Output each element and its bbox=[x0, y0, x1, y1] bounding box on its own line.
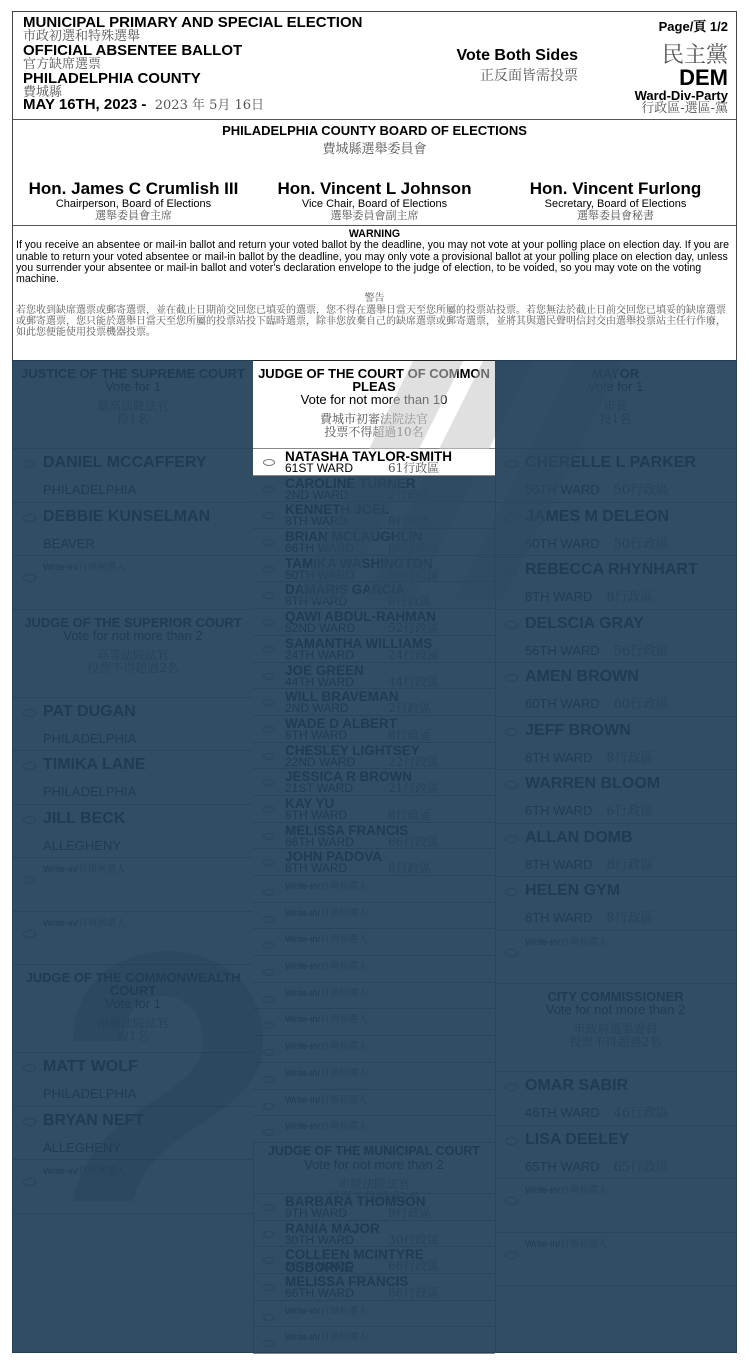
write-in-label: Write-in/自填候選人 bbox=[285, 985, 368, 999]
official-name: Hon. Vincent L Johnson bbox=[254, 180, 495, 198]
candidate-row[interactable]: BRYAN NEFT ALLEGHENY bbox=[13, 1107, 253, 1161]
candidate-location: 44TH WARD44行政區 bbox=[285, 676, 354, 688]
write-in-label: Write-in/自填候選人 bbox=[285, 905, 368, 919]
candidate-row[interactable]: CHESLEY LIGHTSEY 22ND WARD22行政區 bbox=[253, 743, 495, 770]
candidate-location: 65TH WARD65行政區 bbox=[525, 1160, 669, 1175]
vote-oval[interactable] bbox=[23, 930, 36, 938]
vote-oval[interactable] bbox=[263, 459, 275, 466]
candidate-name: BRYAN NEFT bbox=[43, 1112, 144, 1130]
write-in-label: Write-in/自填候選人 bbox=[43, 861, 126, 875]
vote-oval[interactable] bbox=[23, 709, 36, 717]
candidate-location-zh: 66行政區 bbox=[388, 1287, 439, 1299]
ward-div-party-label-zh: 行政區-選區-黨 bbox=[635, 102, 728, 115]
write-in-label: Write-in/自填候選人 bbox=[43, 915, 126, 929]
official: Hon. Vincent L Johnson Vice Chair, Board… bbox=[254, 180, 495, 222]
vote-oval[interactable] bbox=[263, 699, 275, 706]
write-in-row[interactable]: Write-in/自填候選人 bbox=[13, 912, 253, 966]
write-in-label: Write-in/自填候選人 bbox=[285, 931, 368, 945]
race-title-zh: 費城市初審法院法官投票不得超過10名 bbox=[253, 413, 495, 439]
candidate-location-zh: 8行政區 bbox=[606, 911, 653, 926]
candidate-name: DEBBIE KUNSELMAN bbox=[43, 508, 210, 526]
candidate-row[interactable]: AMEN BROWN 60TH WARD60行政區 bbox=[495, 663, 736, 717]
official-role-zh: 選舉委員會秘書 bbox=[495, 210, 736, 222]
write-in-label-zh: 自填候選人 bbox=[320, 988, 368, 999]
vote-both-sides-notice: Vote Both Sides 正反面皆需投票 bbox=[433, 47, 578, 85]
candidate-name: HELEN GYM bbox=[525, 882, 620, 900]
race-vote-for-zh: 投票不得超過2名 bbox=[570, 1035, 662, 1049]
write-in-row[interactable]: Write-in/自填候選人 bbox=[253, 1116, 495, 1143]
race-column-left: JUSTICE OF THE SUPREME COURT Vote for 1 … bbox=[13, 361, 253, 1214]
write-in-label-zh: 自填候選人 bbox=[320, 1041, 368, 1052]
candidate-location-en: 8TH WARD bbox=[525, 589, 592, 604]
write-in-label-zh: 自填候選人 bbox=[560, 1239, 608, 1250]
candidate-location: 2ND WARD2行政區 bbox=[285, 702, 349, 714]
candidate-location: ALLEGHENY bbox=[43, 839, 135, 854]
election-title: MUNICIPAL PRIMARY AND SPECIAL ELECTION bbox=[23, 15, 362, 30]
race-commonwealth-court: JUDGE OF THE COMMONWEALTH COURT Vote for… bbox=[13, 965, 253, 1214]
race-title-zh-text: 市長 bbox=[603, 399, 627, 413]
candidate-location-en: 50TH WARD bbox=[525, 536, 600, 551]
candidate-location: 9TH WARD9行政區 bbox=[285, 1207, 347, 1219]
vote-oval[interactable] bbox=[263, 592, 275, 599]
candidate-location: 46TH WARD46行政區 bbox=[525, 1106, 669, 1121]
candidate-location-en: ALLEGHENY bbox=[43, 838, 121, 853]
vote-oval[interactable] bbox=[23, 762, 36, 770]
race-title-zh-text: 市政府選舉委員 bbox=[573, 1022, 657, 1036]
write-in-row[interactable]: Write-in/自填候選人 bbox=[495, 1179, 736, 1233]
candidate-location-zh: 21行政區 bbox=[388, 782, 439, 794]
candidate-row[interactable]: REBECCA RHYNHART 8TH WARD8行政區 bbox=[495, 556, 736, 610]
vote-oval[interactable] bbox=[505, 1197, 518, 1205]
write-in-label-en: Write-in/ bbox=[43, 1166, 78, 1177]
write-in-label: Write-in/自填候選人 bbox=[285, 958, 368, 972]
write-in-row[interactable]: Write-in/自填候選人 bbox=[253, 956, 495, 983]
vote-oval[interactable] bbox=[505, 1137, 518, 1145]
candidate-row[interactable]: WARREN BLOOM 6TH WARD6行政區 bbox=[495, 770, 736, 824]
candidate-location: 21ST WARD21行政區 bbox=[285, 782, 353, 794]
ballot-races: JUSTICE OF THE SUPREME COURT Vote for 1 … bbox=[13, 360, 736, 1353]
vote-oval[interactable] bbox=[263, 889, 275, 896]
write-in-row[interactable]: Write-in/自填候選人 bbox=[13, 556, 253, 610]
candidate-row[interactable]: TIMIKA LANE PHILADELPHIA bbox=[13, 751, 253, 805]
vote-oval[interactable] bbox=[505, 781, 518, 789]
candidate-location-en: 61ST WARD bbox=[285, 461, 353, 475]
candidate-location-en: 8TH WARD bbox=[285, 594, 347, 608]
vote-both-sides: Vote Both Sides bbox=[433, 47, 578, 65]
candidate-row[interactable]: COLLEEN MCINTYRE OSBORNE 66TH WARD66行政區 bbox=[253, 1247, 495, 1274]
candidate-location-en: 6TH WARD bbox=[525, 803, 592, 818]
official: Hon. Vincent Furlong Secretary, Board of… bbox=[495, 180, 736, 222]
candidate-row[interactable]: JOE GREEN 44TH WARD44行政區 bbox=[253, 663, 495, 690]
candidate-location-en: 9TH WARD bbox=[285, 1206, 347, 1220]
vote-oval[interactable] bbox=[23, 514, 36, 522]
candidate-location-zh: 52行政區 bbox=[388, 622, 439, 634]
race-title-zh: 高等法院法官投票不得超過2名 bbox=[13, 649, 253, 675]
candidate-row[interactable]: OMAR SABIR 46TH WARD46行政區 bbox=[495, 1072, 736, 1126]
party-name-zh: 民主黨 bbox=[635, 45, 728, 67]
write-in-label-zh: 自填候選人 bbox=[78, 918, 126, 929]
candidate-location-zh: 8行政區 bbox=[606, 590, 653, 605]
candidate-row[interactable]: MATT WOLF PHILADELPHIA bbox=[13, 1053, 253, 1107]
vote-oval[interactable] bbox=[263, 833, 275, 840]
candidate-name: WARREN BLOOM bbox=[525, 775, 660, 793]
write-in-row[interactable]: Write-in/自填候選人 bbox=[253, 1090, 495, 1117]
vote-oval[interactable] bbox=[263, 806, 275, 813]
write-in-label-en: Write-in/ bbox=[285, 1068, 320, 1079]
candidate-location-zh: 8行政區 bbox=[388, 729, 432, 741]
write-in-label: Write-in/自填候選人 bbox=[525, 1182, 608, 1196]
candidate-row[interactable]: DANIEL MCCAFFERY PHILADELPHIA bbox=[13, 449, 253, 503]
candidate-location: PHILADELPHIA bbox=[43, 483, 150, 498]
write-in-label-zh: 自填候選人 bbox=[320, 961, 368, 972]
candidate-location-en: 22ND WARD bbox=[285, 755, 355, 769]
candidate-row[interactable]: LISA DEELEY 65TH WARD65行政區 bbox=[495, 1126, 736, 1180]
candidate-row[interactable]: TAMIKA WASHINGTON 50TH WARD50行政區 bbox=[253, 556, 495, 583]
race-title: JUDGE OF THE SUPERIOR COURT bbox=[13, 616, 253, 629]
official-role-zh: 選舉委員會主席 bbox=[13, 210, 254, 222]
race-vote-for: Vote for 1 bbox=[13, 380, 253, 394]
write-in-label-zh: 自填候選人 bbox=[320, 1306, 368, 1317]
vote-oval[interactable] bbox=[505, 949, 518, 957]
write-in-label-en: Write-in/ bbox=[285, 1014, 320, 1025]
write-in-label-en: Write-in/ bbox=[285, 934, 320, 945]
candidate-location-en: 8TH WARD bbox=[525, 750, 592, 765]
candidate-location-zh: 66行政區 bbox=[388, 1260, 439, 1272]
race-header: JUDGE OF THE SUPERIOR COURT Vote for not… bbox=[13, 610, 253, 698]
candidate-location-en: 2ND WARD bbox=[285, 488, 349, 502]
candidate-location: 66TH WARD66行政區 bbox=[285, 542, 354, 554]
candidate-location-zh: 30行政區 bbox=[388, 1234, 439, 1246]
candidate-row[interactable]: WILL BRAVEMAN 2ND WARD2行政區 bbox=[253, 689, 495, 716]
write-in-row[interactable]: Write-in/自填候選人 bbox=[253, 983, 495, 1010]
candidate-name: REBECCA RHYNHART bbox=[525, 561, 698, 579]
vote-oval[interactable] bbox=[263, 726, 275, 733]
candidate-name: MATT WOLF bbox=[43, 1058, 138, 1076]
race-title-zh-text: 最高法院法官 bbox=[97, 399, 169, 413]
candidate-name: JILL BECK bbox=[43, 810, 125, 828]
candidate-location: BEAVER bbox=[43, 537, 109, 552]
vote-oval[interactable] bbox=[23, 876, 36, 884]
vote-oval[interactable] bbox=[505, 888, 518, 896]
race-title: JUDGE OF THE MUNICIPAL COURT bbox=[253, 1145, 495, 1158]
candidate-name: OMAR SABIR bbox=[525, 1077, 628, 1095]
write-in-row[interactable]: Write-in/自填候選人 bbox=[13, 858, 253, 912]
vote-oval[interactable] bbox=[505, 674, 518, 682]
vote-oval[interactable] bbox=[23, 1118, 36, 1126]
candidate-location-en: PHILADELPHIA bbox=[43, 784, 136, 799]
candidate-location: 52ND WARD52行政區 bbox=[285, 622, 355, 634]
candidate-name: JEFF BROWN bbox=[525, 722, 631, 740]
candidate-row[interactable]: PAT DUGAN PHILADELPHIA bbox=[13, 698, 253, 752]
candidate-location: 8TH WARD8行政區 bbox=[525, 590, 654, 605]
candidate-location: 66TH WARD66行政區 bbox=[285, 836, 354, 848]
candidate-location-en: 8TH WARD bbox=[285, 808, 347, 822]
write-in-label: Write-in/自填候選人 bbox=[285, 1329, 368, 1343]
write-in-label-en: Write-in/ bbox=[525, 937, 560, 948]
candidate-row[interactable]: ALLAN DOMB 8TH WARD8行政區 bbox=[495, 824, 736, 878]
candidate-location: 56TH WARD56行政區 bbox=[525, 644, 669, 659]
vote-oval[interactable] bbox=[263, 1314, 275, 1321]
candidate-location-en: PHILADELPHIA bbox=[43, 482, 136, 497]
candidate-row[interactable]: JILL BECK ALLEGHENY bbox=[13, 805, 253, 859]
race-mayor: MAYOR Vote for 1 市長投1名 CHERELLE L PARKER… bbox=[495, 361, 736, 984]
election-date-en: MAY 16TH, 2023 - bbox=[23, 96, 146, 113]
race-vote-for: Vote for not more than 2 bbox=[253, 1158, 495, 1172]
race-vote-for-zh: 投1名 bbox=[117, 1029, 149, 1043]
warning-title-zh: 警告 bbox=[16, 293, 733, 304]
write-in-row[interactable]: Write-in/自填候選人 bbox=[253, 1036, 495, 1063]
vote-oval[interactable] bbox=[505, 621, 518, 629]
candidate-location: 8TH WARD8行政區 bbox=[285, 862, 347, 874]
vote-oval[interactable] bbox=[263, 1340, 275, 1347]
candidate-row[interactable]: DELSCIA GRAY 56TH WARD56行政區 bbox=[495, 610, 736, 664]
candidate-location-en: 8TH WARD bbox=[285, 514, 347, 528]
write-in-label-en: Write-in/ bbox=[285, 961, 320, 972]
candidate-location: 50TH WARD50行政區 bbox=[525, 537, 669, 552]
candidate-location-zh: 50行政區 bbox=[614, 483, 670, 498]
race-vote-for: Vote for not more than 10 bbox=[253, 393, 495, 407]
write-in-row[interactable]: Write-in/自填候選人 bbox=[253, 1327, 495, 1354]
candidate-row[interactable]: DEBBIE KUNSELMAN BEAVER bbox=[13, 503, 253, 557]
vote-oval[interactable] bbox=[263, 1049, 275, 1056]
vote-oval[interactable] bbox=[263, 619, 275, 626]
candidate-location-zh: 56行政區 bbox=[614, 644, 670, 659]
candidate-row[interactable]: RANIA MAJOR 30TH WARD30行政區 bbox=[253, 1221, 495, 1248]
write-in-label-en: Write-in/ bbox=[285, 988, 320, 999]
candidate-location-zh: 8行政區 bbox=[388, 515, 432, 527]
vote-oval[interactable] bbox=[263, 1022, 275, 1029]
candidate-row[interactable]: KENNETH JOEL 8TH WARD8行政區 bbox=[253, 502, 495, 529]
write-in-row[interactable]: Write-in/自填候選人 bbox=[253, 876, 495, 903]
candidate-name: PAT DUGAN bbox=[43, 703, 136, 721]
candidate-location: 8TH WARD8行政區 bbox=[525, 858, 654, 873]
candidate-location: 8TH WARD8行政區 bbox=[285, 515, 347, 527]
vote-oval[interactable] bbox=[505, 835, 518, 843]
candidate-row[interactable]: QAWI ABDUL-RAHMAN 52ND WARD52行政區 bbox=[253, 609, 495, 636]
vote-oval[interactable] bbox=[263, 916, 275, 923]
candidate-name: DANIEL MCCAFFERY bbox=[43, 454, 207, 472]
write-in-label-en: Write-in/ bbox=[285, 881, 320, 892]
candidate-location-en: 8TH WARD bbox=[525, 910, 592, 925]
official: Hon. James C Crumlish III Chairperson, B… bbox=[13, 180, 254, 222]
race-column-right: MAYOR Vote for 1 市長投1名 CHERELLE L PARKER… bbox=[495, 361, 736, 1286]
candidate-location-en: 46TH WARD bbox=[525, 1105, 600, 1120]
vote-oval[interactable] bbox=[263, 859, 275, 866]
candidate-name: ALLAN DOMB bbox=[525, 829, 633, 847]
candidate-row[interactable]: JESSICA R BROWN 21ST WARD21行政區 bbox=[253, 769, 495, 796]
vote-oval[interactable] bbox=[263, 566, 275, 573]
candidate-location: 24TH WARD24行政區 bbox=[285, 649, 354, 661]
official-name: Hon. James C Crumlish III bbox=[13, 180, 254, 198]
candidate-location-zh: 46行政區 bbox=[614, 1106, 670, 1121]
vote-oval[interactable] bbox=[263, 539, 275, 546]
vote-oval[interactable] bbox=[263, 753, 275, 760]
vote-oval[interactable] bbox=[263, 646, 275, 653]
candidate-location-en: 2ND WARD bbox=[285, 701, 349, 715]
write-in-row[interactable]: Write-in/自填候選人 bbox=[253, 929, 495, 956]
ballot-sheet: MUNICIPAL PRIMARY AND SPECIAL ELECTION 市… bbox=[12, 11, 737, 1353]
candidate-location-en: 21ST WARD bbox=[285, 781, 353, 795]
page-number: Page/頁 1/2 bbox=[635, 16, 728, 35]
write-in-row[interactable]: Write-in/自填候選人 bbox=[495, 931, 736, 985]
race-vote-for: Vote for 1 bbox=[13, 997, 253, 1011]
vote-oval[interactable] bbox=[23, 574, 36, 582]
vote-oval[interactable] bbox=[263, 1231, 275, 1238]
candidate-row[interactable]: MELISSA FRANCIS 66TH WARD66行政區 bbox=[253, 1274, 495, 1301]
candidate-row[interactable]: CHERELLE L PARKER 50TH WARD50行政區 bbox=[495, 449, 736, 503]
vote-oval[interactable] bbox=[23, 1064, 36, 1072]
candidate-location-zh: 8行政區 bbox=[388, 809, 432, 821]
candidate-name: CHERELLE L PARKER bbox=[525, 454, 696, 472]
write-in-label-en: Write-in/ bbox=[525, 1185, 560, 1196]
board-title-zh: 費城縣選舉委員會 bbox=[13, 138, 736, 157]
candidate-location: 2ND WARD2行政區 bbox=[285, 489, 349, 501]
vote-oval[interactable] bbox=[263, 512, 275, 519]
race-title-zh-text: 費城市初審法院法官 bbox=[320, 412, 428, 426]
race-vote-for-zh: 投1名 bbox=[600, 412, 632, 426]
candidate-location-zh: 61行政區 bbox=[388, 462, 439, 474]
vote-oval[interactable] bbox=[505, 1251, 518, 1259]
vote-oval[interactable] bbox=[23, 1178, 36, 1186]
race-supreme-court: JUSTICE OF THE SUPREME COURT Vote for 1 … bbox=[13, 361, 253, 610]
write-in-label-zh: 自填候選人 bbox=[78, 562, 126, 573]
warning-section: WARNING If you receive an absentee or ma… bbox=[13, 227, 736, 360]
race-header: CITY COMMISSIONER Vote for not more than… bbox=[495, 984, 736, 1072]
write-in-label: Write-in/自填候選人 bbox=[285, 1011, 368, 1025]
write-in-row[interactable]: Write-in/自填候選人 bbox=[253, 903, 495, 930]
candidate-row[interactable]: WADE D ALBERT 8TH WARD8行政區 bbox=[253, 716, 495, 743]
ballot-header: MUNICIPAL PRIMARY AND SPECIAL ELECTION 市… bbox=[13, 12, 736, 120]
candidate-row[interactable]: JOHN PADOVA 8TH WARD8行政區 bbox=[253, 849, 495, 876]
candidate-location-zh: 6行政區 bbox=[606, 804, 653, 819]
vote-oval[interactable] bbox=[23, 460, 36, 468]
write-in-label-zh: 自填候選人 bbox=[320, 1095, 368, 1106]
vote-oval[interactable] bbox=[263, 942, 275, 949]
candidate-row[interactable]: SAMANTHA WILLIAMS 24TH WARD24行政區 bbox=[253, 636, 495, 663]
warning-text-zh: 若您收到缺席選票或郵寄選票，並在截止日期前交回您已填妥的選票，您不得在選舉日當天… bbox=[16, 305, 733, 338]
write-in-row[interactable]: Write-in/自填候選人 bbox=[253, 1063, 495, 1090]
race-title-zh: 州級法院法官投1名 bbox=[13, 1017, 253, 1043]
race-header: JUSTICE OF THE SUPREME COURT Vote for 1 … bbox=[13, 361, 253, 449]
write-in-label-zh: 自填候選人 bbox=[320, 934, 368, 945]
candidate-location-en: ALLEGHENY bbox=[43, 1140, 121, 1155]
write-in-row[interactable]: Write-in/自填候選人 bbox=[495, 1233, 736, 1287]
candidate-location-en: 8TH WARD bbox=[525, 857, 592, 872]
vote-oval[interactable] bbox=[263, 1129, 275, 1136]
candidate-row[interactable]: JEFF BROWN 8TH WARD8行政區 bbox=[495, 717, 736, 771]
vote-oval[interactable] bbox=[263, 673, 275, 680]
race-court-of-common-pleas: JUDGE OF THE COURT OF COMMON PLEAS Vote … bbox=[253, 361, 495, 1143]
candidate-location: 8TH WARD8行政區 bbox=[525, 911, 654, 926]
candidate-location-en: 60TH WARD bbox=[525, 696, 600, 711]
vote-oval[interactable] bbox=[263, 1257, 275, 1264]
candidate-row[interactable]: NATASHA TAYLOR-SMITH 61ST WARD61行政區 bbox=[253, 449, 495, 476]
candidate-location-en: BEAVER bbox=[43, 536, 95, 551]
candidate-location-zh: 2行政區 bbox=[388, 702, 432, 714]
write-in-label-zh: 自填候選人 bbox=[320, 908, 368, 919]
race-header: JUDGE OF THE COMMONWEALTH COURT Vote for… bbox=[13, 965, 253, 1053]
vote-oval[interactable] bbox=[263, 996, 275, 1003]
vote-oval[interactable] bbox=[263, 1204, 275, 1211]
race-vote-for-zh: 投1名 bbox=[117, 412, 149, 426]
write-in-label-zh: 自填候選人 bbox=[560, 937, 608, 948]
candidate-location-zh: 8行政區 bbox=[606, 751, 653, 766]
race-vote-for: Vote for 1 bbox=[495, 380, 736, 394]
write-in-label-en: Write-in/ bbox=[525, 1239, 560, 1250]
candidate-location-en: 50TH WARD bbox=[285, 568, 354, 582]
candidate-location-zh: 44行政區 bbox=[388, 676, 439, 688]
vote-oval[interactable] bbox=[263, 1076, 275, 1083]
vote-oval[interactable] bbox=[505, 460, 518, 468]
write-in-label: Write-in/自填候選人 bbox=[285, 1092, 368, 1106]
vote-oval[interactable] bbox=[263, 969, 275, 976]
vote-oval[interactable] bbox=[23, 816, 36, 824]
election-date-zh: 2023 年 5月 16日 bbox=[155, 98, 264, 113]
candidate-location: 8TH WARD8行政區 bbox=[525, 751, 654, 766]
board-of-elections: PHILADELPHIA COUNTY BOARD OF ELECTIONS 費… bbox=[13, 120, 736, 226]
write-in-label: Write-in/自填候選人 bbox=[285, 1065, 368, 1079]
write-in-label-en: Write-in/ bbox=[43, 918, 78, 929]
race-title-zh-text: 市級法院法官 bbox=[338, 1177, 410, 1191]
race-title-zh: 市政府選舉委員投票不得超過2名 bbox=[495, 1023, 736, 1049]
candidate-row[interactable]: HELEN GYM 8TH WARD8行政區 bbox=[495, 877, 736, 931]
candidate-name: AMEN BROWN bbox=[525, 668, 639, 686]
vote-oval[interactable] bbox=[263, 1103, 275, 1110]
write-in-label: Write-in/自填候選人 bbox=[525, 934, 608, 948]
candidate-location-en: 8TH WARD bbox=[285, 728, 347, 742]
candidate-location: 8TH WARD8行政區 bbox=[285, 809, 347, 821]
candidate-row[interactable]: KAY YU 8TH WARD8行政區 bbox=[253, 796, 495, 823]
write-in-label: Write-in/自填候選人 bbox=[285, 1118, 368, 1132]
write-in-row[interactable]: Write-in/自填候選人 bbox=[13, 1160, 253, 1214]
write-in-row[interactable]: Write-in/自填候選人 bbox=[253, 1009, 495, 1036]
vote-oval[interactable] bbox=[505, 1083, 518, 1091]
write-in-label-zh: 自填候選人 bbox=[78, 864, 126, 875]
vote-oval[interactable] bbox=[505, 567, 518, 575]
candidate-row[interactable]: JAMES M DELEON 50TH WARD50行政區 bbox=[495, 503, 736, 557]
candidate-row[interactable]: CAROLINE TURNER 2ND WARD2行政區 bbox=[253, 476, 495, 503]
vote-oval[interactable] bbox=[263, 1284, 275, 1291]
candidate-location: 8TH WARD8行政區 bbox=[285, 595, 347, 607]
candidate-location-zh: 8行政區 bbox=[606, 858, 653, 873]
write-in-label-en: Write-in/ bbox=[285, 1121, 320, 1132]
vote-oval[interactable] bbox=[505, 514, 518, 522]
write-in-label-en: Write-in/ bbox=[285, 1306, 320, 1317]
warning-text: If you receive an absentee or mail-in ba… bbox=[16, 240, 733, 285]
party-name: DEM bbox=[635, 67, 728, 89]
candidate-name: JAMES M DELEON bbox=[525, 508, 669, 526]
write-in-label-zh: 自填候選人 bbox=[320, 1121, 368, 1132]
vote-oval[interactable] bbox=[505, 728, 518, 736]
candidate-row[interactable]: MELISSA FRANCIS 66TH WARD66行政區 bbox=[253, 823, 495, 850]
race-column-middle: JUDGE OF THE COURT OF COMMON PLEAS Vote … bbox=[253, 361, 495, 1354]
write-in-label-zh: 自填候選人 bbox=[320, 881, 368, 892]
vote-oval[interactable] bbox=[263, 779, 275, 786]
candidate-row[interactable]: BRIAN MCLAUGHLIN 66TH WARD66行政區 bbox=[253, 529, 495, 556]
vote-both-sides-zh: 正反面皆需投票 bbox=[433, 65, 578, 85]
candidate-row[interactable]: BARBARA THOMSON 9TH WARD9行政區 bbox=[253, 1194, 495, 1221]
candidate-location-en: 24TH WARD bbox=[285, 648, 354, 662]
candidate-row[interactable]: DAMARIS GARCIA 8TH WARD8行政區 bbox=[253, 582, 495, 609]
candidate-location-zh: 24行政區 bbox=[388, 649, 439, 661]
candidate-name: LISA DEELEY bbox=[525, 1131, 629, 1149]
candidate-location-zh: 22行政區 bbox=[388, 756, 439, 768]
write-in-row[interactable]: Write-in/自填候選人 bbox=[253, 1301, 495, 1328]
race-header: MAYOR Vote for 1 市長投1名 bbox=[495, 361, 736, 449]
vote-oval[interactable] bbox=[263, 486, 275, 493]
candidate-location: PHILADELPHIA bbox=[43, 732, 150, 747]
race-vote-for: Vote for not more than 2 bbox=[13, 629, 253, 643]
